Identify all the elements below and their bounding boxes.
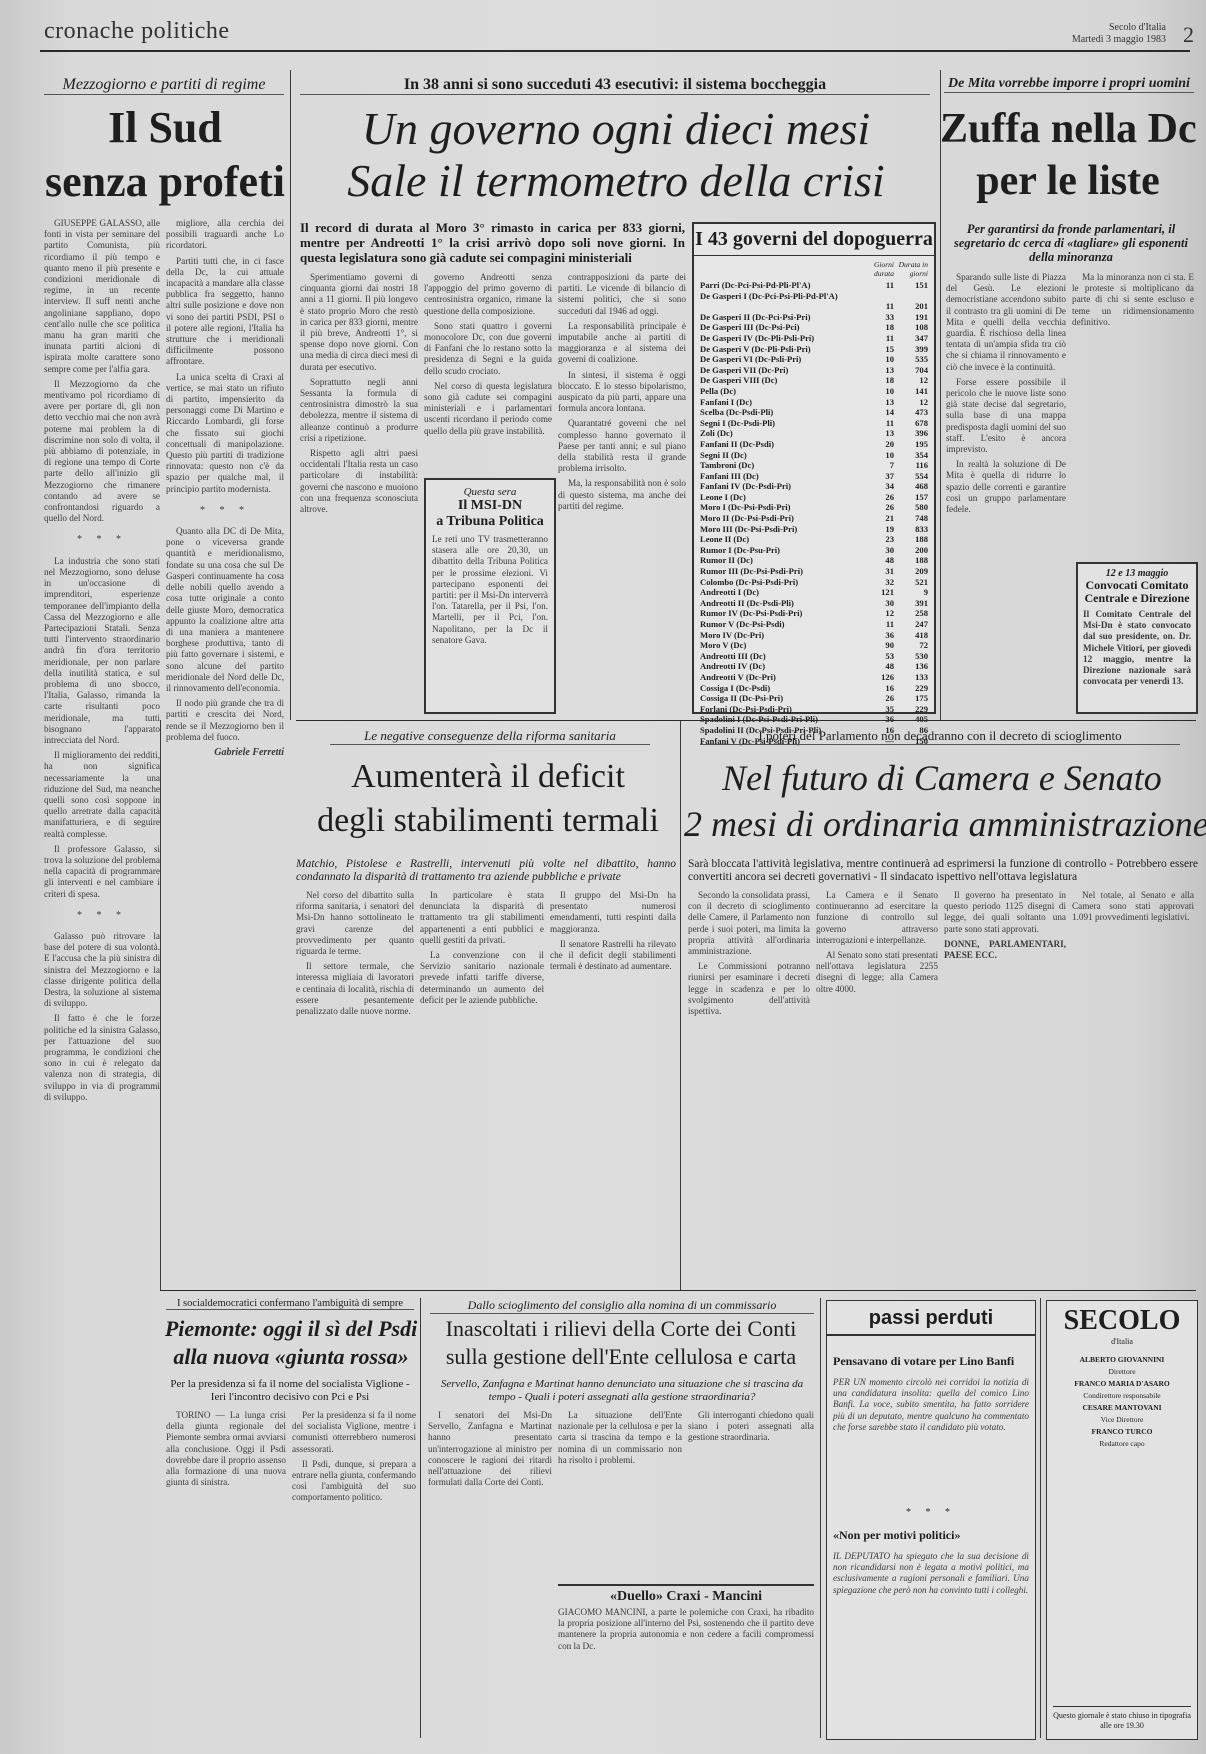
paragraph: Galasso può ritrovare la base del potere…: [44, 931, 160, 1009]
box-duello-body: GIACOMO MANCINI, a parte le polemiche co…: [558, 1605, 814, 1727]
duration-days: 72: [894, 640, 928, 651]
government-name: [700, 301, 860, 312]
duration-days: 247: [894, 619, 928, 630]
table-row: Parri (Dc-Pci-Psi-Pd-Pli-Pl'A)11151: [700, 280, 928, 291]
government-name: Leone I (Dc): [700, 492, 860, 503]
article-sud-body-col2: migliore, alla cerchia dei possibili tra…: [166, 218, 284, 1278]
crisis-days: 26: [860, 492, 894, 503]
duration-days: 151: [894, 280, 928, 291]
article-terme-body-col3: Il gruppo del Msi-Dn ha presentato numer…: [550, 890, 676, 1285]
crisis-days: 10: [860, 354, 894, 365]
paragraph: migliore, alla cerchia dei possibili tra…: [166, 218, 284, 252]
paper-name: Secolo d'Italia: [1072, 22, 1166, 34]
crisis-days: [860, 291, 894, 302]
passi-perduti-heading-1: Pensavano di votare per Lino Banfi: [833, 1354, 1029, 1369]
duration-days: 418: [894, 630, 928, 641]
government-name: Cossiga I (Dc-Psdi): [700, 683, 860, 694]
crisis-days: 7: [860, 460, 894, 471]
government-name: Colombo (Dc-Psi-Psdi-Pri): [700, 577, 860, 588]
crisis-days: 20: [860, 439, 894, 450]
table-row: Moro IV (Dc-Pri)36418: [700, 630, 928, 641]
paragraph: Partiti tutti che, in ci fasce della Dc,…: [166, 256, 284, 368]
paragraph: Soprattutto negli anni Sessanta la formu…: [300, 377, 418, 444]
duration-days: 521: [894, 577, 928, 588]
paragraph: Nel corso di questa legislatura sono già…: [424, 381, 552, 437]
government-name: De Gasperi I (Dc-Pci-Psi-Pli-Pd-Pl'A): [700, 291, 860, 302]
government-name: De Gasperi VII (Dc-Pri): [700, 365, 860, 376]
crisis-days: 31: [860, 566, 894, 577]
infobox-kicker: Questa sera: [426, 486, 554, 498]
article-cellulosa-body-col1: I senatori del Msi-Dn Servello, Zanfagna…: [428, 1410, 552, 1740]
article-piemonte-headline-2: alla nuova «giunta rossa»: [164, 1346, 418, 1368]
table-row: Rumor I (Dc-Psu-Pri)30200: [700, 545, 928, 556]
duration-days: 195: [894, 439, 928, 450]
table-row: Moro I (Dc-Psi-Psdi-Pri)26580: [700, 502, 928, 513]
paragraph: Il Mezzogiorno da che mentivamo pol rico…: [44, 379, 160, 525]
table-row: Forlani (Dc-Psi-Psdi-Pri)35229: [700, 704, 928, 715]
staff-role: Condirettore responsabile: [1047, 1390, 1197, 1402]
paragraph: Sono stati quattro i governi monocolore …: [424, 321, 552, 377]
article-governi-kicker: In 38 anni si sono succeduti 43 esecutiv…: [300, 76, 930, 95]
paragraph: Il settore termale, che interessa miglia…: [296, 961, 414, 1017]
government-name: Tambroni (Dc): [700, 460, 860, 471]
table-row: Moro V (Dc)9072: [700, 640, 928, 651]
article-terme-headline-2: degli stabilimenti termali: [296, 804, 680, 838]
article-governi-body-col3: contrapposizioni da parte dei partiti. L…: [558, 272, 686, 712]
box-body: Il Comitato Centrale del Msi-Dn è stato …: [1078, 605, 1196, 703]
article-piemonte-kicker: I socialdemocratici confermano l'ambigui…: [166, 1298, 414, 1310]
government-name: Fanfani I (Dc): [700, 397, 860, 408]
sidebar-kicker: DONNE, PARLAMENTARI, PAESE ECC.: [944, 939, 1066, 961]
page-number: 2: [1183, 22, 1194, 48]
crisis-days: 16: [860, 683, 894, 694]
duration-days: 136: [894, 661, 928, 672]
paragraph: Quanto alla DC di De Mita, pone o viceve…: [166, 526, 284, 694]
paragraph: Per la presidenza si fa il nome del soci…: [292, 1410, 416, 1455]
section-separator: * * *: [827, 1507, 1035, 1518]
table-row: De Gasperi VII (Dc-Pri)13704: [700, 365, 928, 376]
government-name: Segni I (Dc-Psdi-Pli): [700, 418, 860, 429]
duration-days: 399: [894, 344, 928, 355]
column-divider: [1040, 1298, 1041, 1738]
table-row: Cossiga II (Dc-Psi-Pri)26175: [700, 693, 928, 704]
table-row: Rumor V (Dc-Psi-Psdi)11247: [700, 619, 928, 630]
staff-role: Redattore capo: [1047, 1438, 1197, 1450]
government-name: Rumor V (Dc-Psi-Psdi): [700, 619, 860, 630]
table-row: Andreotti V (Dc-Pri)126133: [700, 672, 928, 683]
crisis-days: 35: [860, 704, 894, 715]
duration-days: 535: [894, 354, 928, 365]
duration-days: 396: [894, 428, 928, 439]
column-header: Giorni durata: [860, 260, 894, 278]
crisis-days: 13: [860, 428, 894, 439]
duration-days: 200: [894, 545, 928, 556]
duration-days: 12: [894, 397, 928, 408]
article-parlamento-body-col2: La Camera e il Senato continueranno ad e…: [816, 890, 938, 1285]
article-cellulosa-body-col2: La situazione dell'Ente nazionale per la…: [558, 1410, 682, 1580]
paragraph: Il miglioramento dei redditi, ha non sig…: [44, 750, 160, 840]
crisis-days: 48: [860, 661, 894, 672]
colophon-footer: Questo giornale è stato chiuso in tipogr…: [1053, 1706, 1191, 1731]
article-zuffa-body-col2: Ma la minoranza non ci sta. E le protest…: [1072, 272, 1194, 558]
table-row: De Gasperi V (Dc-Pli-Psli-Pri)15399: [700, 344, 928, 355]
article-parlamento-body-col1: Secondo la consolidata prassi, con il de…: [688, 890, 810, 1285]
table-row: De Gasperi II (Dc-Pci-Psi-Pri)33191: [700, 312, 928, 323]
newspaper-page: cronache politiche Secolo d'Italia Marte…: [0, 0, 1206, 1754]
crisis-days: 21: [860, 513, 894, 524]
crisis-days: 14: [860, 407, 894, 418]
table-row: Rumor IV (Dc-Psi-Psdi-Pri)12258: [700, 608, 928, 619]
crisis-days: 10: [860, 450, 894, 461]
colophon-staff: ALBERTO GIOVANNINI Direttore FRANCO MARI…: [1047, 1354, 1197, 1450]
crisis-days: 33: [860, 312, 894, 323]
paragraph: La situazione dell'Ente nazionale per la…: [558, 1410, 682, 1466]
article-cellulosa-subhead: Servello, Zanfagna e Martinat hanno denu…: [430, 1378, 814, 1404]
paragraph: GIUSEPPE GALASSO, alle fonti in vista pe…: [44, 218, 160, 375]
table-row: Moro III (Dc-Psi-Psdi-Pri)19833: [700, 524, 928, 535]
duration-days: 209: [894, 566, 928, 577]
paragraph: Sparando sulle liste di Piazza del Gesù.…: [946, 272, 1066, 373]
article-governi-subhead: Il record di durata al Moro 3° rimasto i…: [300, 220, 685, 265]
article-sud-headline-1: Il Sud: [40, 106, 290, 150]
crisis-days: 53: [860, 651, 894, 662]
crisis-days: 11: [860, 333, 894, 344]
column-divider: [680, 720, 681, 1290]
column-divider: [160, 720, 161, 1290]
duration-days: 530: [894, 651, 928, 662]
crisis-days: 26: [860, 693, 894, 704]
column-divider: [820, 1298, 821, 1738]
government-name: Moro IV (Dc-Pri): [700, 630, 860, 641]
government-name: De Gasperi III (Dc-Psi-Pci): [700, 322, 860, 333]
table-row: De Gasperi VIII (Dc)1812: [700, 375, 928, 386]
article-piemonte-body-col1: TORINO — La lunga crisi della giunta reg…: [166, 1410, 286, 1740]
box-convocati: 12 e 13 maggio Convocati Comitato Centra…: [1076, 562, 1198, 714]
duration-days: 116: [894, 460, 928, 471]
table-row: Fanfani II (Dc-Psdi)20195: [700, 439, 928, 450]
government-name: Parri (Dc-Pci-Psi-Pd-Pli-Pl'A): [700, 280, 860, 291]
government-name: De Gasperi VI (Dc-Psli-Pri): [700, 354, 860, 365]
crisis-days: 12: [860, 608, 894, 619]
duration-days: 391: [894, 598, 928, 609]
table-row: Fanfani IV (Dc-Psdi-Pri)34468: [700, 481, 928, 492]
table-row: Pella (Dc)10141: [700, 386, 928, 397]
government-name: De Gasperi VIII (Dc): [700, 375, 860, 386]
crisis-days: 11: [860, 619, 894, 630]
paragraph: Rispetto agli altri paesi occidentali l'…: [300, 448, 418, 515]
paragraph: contrapposizioni da parte dei partiti. L…: [558, 272, 686, 317]
article-terme-body-col1: Nel corso del dibattito sulla riforma sa…: [296, 890, 414, 1285]
article-governi-body-col2: governo Andreotti senza l'appoggio del p…: [424, 272, 552, 472]
paragraph: Al Senato sono stati presentati nell'ott…: [816, 950, 938, 995]
table-row: Colombo (Dc-Psi-Psdi-Pri)32521: [700, 577, 928, 588]
crisis-days: 34: [860, 481, 894, 492]
paragraph: Ma la minoranza non ci sta. E le protest…: [1072, 272, 1194, 328]
article-sud-headline-2: senza profeti: [40, 160, 290, 204]
article-zuffa-subhead: Per garantirsi da fronde parlamentari, i…: [946, 222, 1196, 264]
section-title: cronache politiche: [44, 18, 230, 45]
crisis-days: 23: [860, 534, 894, 545]
article-sud-kicker: Mezzogiorno e partiti di regime: [44, 76, 284, 95]
duration-days: 468: [894, 481, 928, 492]
crisis-days: 26: [860, 502, 894, 513]
article-piemonte-body-col2: Per la presidenza si fa il nome del soci…: [292, 1410, 416, 1740]
article-parlamento-subhead: Sarà bloccata l'attività legislativa, me…: [688, 858, 1198, 884]
table-row: De Gasperi III (Dc-Psi-Pci)18108: [700, 322, 928, 333]
table-row: De Gasperi I (Dc-Pci-Psi-Pli-Pd-Pl'A): [700, 291, 928, 302]
government-name: Fanfani IV (Dc-Psdi-Pri): [700, 481, 860, 492]
colophon-title: SECOLO: [1047, 1305, 1197, 1337]
paragraph: Il nodo più grande che tra di partiti e …: [166, 698, 284, 743]
paragraph: La responsabilità principale è imputabil…: [558, 321, 686, 366]
paragraph: In particolare è stata denunciata la dis…: [420, 890, 544, 946]
paragraph: Il professore Galasso, si trova la soluz…: [44, 844, 160, 900]
table-row: Scelba (Dc-Psdi-Pli)14473: [700, 407, 928, 418]
table-row: Leone II (Dc)23188: [700, 534, 928, 545]
crisis-days: 30: [860, 598, 894, 609]
passi-perduti-body-2: IL DEPUTATO ha spiegato che la sua decis…: [827, 1551, 1035, 1711]
paragraph: Il governo ha presentato in questo perio…: [944, 890, 1066, 935]
paragraph: Gli interroganti chiedono quali siano i …: [688, 1410, 814, 1444]
paragraph: In realtà la soluzione di De Mita è quel…: [946, 459, 1066, 515]
crisis-days: 36: [860, 630, 894, 641]
paragraph: La convenzione con il Servizio sanitario…: [420, 950, 544, 1006]
article-signature: Gabriele Ferretti: [166, 747, 284, 758]
duration-days: 188: [894, 555, 928, 566]
table-body: Parri (Dc-Pci-Psi-Pd-Pli-Pl'A)11151De Ga…: [694, 280, 934, 746]
article-parlamento-headline-1: Nel futuro di Camera e Senato: [684, 760, 1200, 796]
staff-name: CESARE MANTOVANI: [1047, 1402, 1197, 1414]
government-name: Pella (Dc): [700, 386, 860, 397]
paragraph: Il fatto è che le forze politiche ed la …: [44, 1013, 160, 1103]
table-row: Andreotti II (Dc-Psdi-Pli)30391: [700, 598, 928, 609]
paragraph: TORINO — La lunga crisi della giunta reg…: [166, 1410, 286, 1488]
crisis-days: 37: [860, 471, 894, 482]
crisis-days: 48: [860, 555, 894, 566]
paragraph: In sintesi, il sistema è oggi bloccato. …: [558, 370, 686, 415]
duration-days: 108: [894, 322, 928, 333]
issue-date: Martedì 3 maggio 1983: [1072, 34, 1166, 46]
government-name: Rumor III (Dc-Psi-Psdi-Pri): [700, 566, 860, 577]
section-separator: * * *: [166, 505, 284, 516]
government-name: Andreotti IV (Dc): [700, 661, 860, 672]
article-governi-headline-2: Sale il termometro della crisi: [296, 158, 936, 204]
government-name: Forlani (Dc-Psi-Psdi-Pri): [700, 704, 860, 715]
government-name: Moro II (Dc-Psi-Psdi-Pri): [700, 513, 860, 524]
table-row: Andreotti I (Dc)1219: [700, 587, 928, 598]
dateline: Secolo d'Italia Martedì 3 maggio 1983: [1072, 22, 1166, 46]
duration-days: [894, 291, 928, 302]
crisis-days: 18: [860, 375, 894, 386]
table-governi: I 43 governi del dopoguerra Giorni durat…: [692, 222, 936, 714]
column-header: Durata in giorni: [894, 260, 928, 278]
article-parlamento-body-col3: Il governo ha presentato in questo perio…: [944, 890, 1066, 1285]
crisis-days: 19: [860, 524, 894, 535]
article-cellulosa-headline-1: Inascoltati i rilievi della Corte dei Co…: [424, 1318, 818, 1340]
crisis-days: 30: [860, 545, 894, 556]
government-name: Moro V (Dc): [700, 640, 860, 651]
paragraph: Il gruppo del Msi-Dn ha presentato numer…: [550, 890, 676, 935]
government-name: Andreotti III (Dc): [700, 651, 860, 662]
box-duello: «Duello» Craxi - Mancini GIACOMO MANCINI…: [558, 1584, 814, 1740]
duration-days: 157: [894, 492, 928, 503]
government-name: Zoli (Dc): [700, 428, 860, 439]
table-row: Segni II (Dc)10354: [700, 450, 928, 461]
table-row: Cossiga I (Dc-Psdi)16229: [700, 683, 928, 694]
government-name: De Gasperi V (Dc-Pli-Psli-Pri): [700, 344, 860, 355]
paragraph: Il Psdi, dunque, si prepara a entrare ne…: [292, 1459, 416, 1504]
crisis-days: 90: [860, 640, 894, 651]
government-name: De Gasperi IV (Dc-Pli-Psli-Pri): [700, 333, 860, 344]
duration-days: 201: [894, 301, 928, 312]
duration-days: 191: [894, 312, 928, 323]
duration-days: 188: [894, 534, 928, 545]
passi-perduti-heading-2: «Non per motivi politici»: [833, 1528, 1029, 1543]
article-zuffa-headline-2: per le liste: [940, 160, 1196, 202]
paragraph: Sperimentiamo governi di cinquanta giorn…: [300, 272, 418, 373]
duration-days: 133: [894, 672, 928, 683]
duration-days: 347: [894, 333, 928, 344]
infobox-body: Le reti uno TV trasmetteranno stasera al…: [426, 530, 554, 698]
government-name: Cossiga II (Dc-Psi-Pri): [700, 693, 860, 704]
table-row: De Gasperi VI (Dc-Psli-Pri)10535: [700, 354, 928, 365]
article-piemonte-headline-1: Piemonte: oggi il sì del Psdi: [164, 1318, 418, 1340]
article-cellulosa-headline-2: sulla gestione dell'Ente cellulosa e car…: [424, 1346, 818, 1368]
duration-days: 473: [894, 407, 928, 418]
table-row: Leone I (Dc)26157: [700, 492, 928, 503]
duration-days: 748: [894, 513, 928, 524]
article-parlamento-kicker: I poteri del Parlamento non decadranno c…: [700, 728, 1180, 745]
article-zuffa-headline-1: Zuffa nella Dc: [940, 108, 1196, 150]
article-zuffa-body-col1: Sparando sulle liste di Piazza del Gesù.…: [946, 272, 1066, 712]
paragraph: Nel totale, al Senato e alla Camera sono…: [1072, 890, 1194, 924]
crisis-days: 13: [860, 365, 894, 376]
column-divider: [420, 1298, 421, 1738]
article-parlamento-body-col4: Nel totale, al Senato e alla Camera sono…: [1072, 890, 1194, 1285]
crisis-days: 11: [860, 418, 894, 429]
article-piemonte-subhead: Per la presidenza si fa il nome del soci…: [166, 1378, 414, 1404]
passi-perduti-box: passi perduti Pensavano di votare per Li…: [826, 1300, 1036, 1740]
infobox-tribuna-politica: Questa sera Il MSI-DN a Tribuna Politica…: [424, 478, 556, 714]
paragraph: governo Andreotti senza l'appoggio del p…: [424, 272, 552, 317]
paragraph: La Camera e il Senato continueranno ad e…: [816, 890, 938, 946]
duration-days: 12: [894, 375, 928, 386]
government-name: Fanfani II (Dc-Psdi): [700, 439, 860, 450]
colophon-box: SECOLO d'Italia ALBERTO GIOVANNINI Diret…: [1046, 1300, 1198, 1740]
paragraph: Il senatore Rastrelli ha rilevato che il…: [550, 939, 676, 973]
article-cellulosa-body-col3: Gli interroganti chiedono quali siano i …: [688, 1410, 814, 1580]
box-title: Convocati Comitato Centrale e Direzione: [1078, 579, 1196, 605]
crisis-days: 18: [860, 322, 894, 333]
crisis-days: 32: [860, 577, 894, 588]
article-governi-headline-1: Un governo ogni dieci mesi: [296, 106, 936, 152]
section-rule: [160, 1290, 1196, 1291]
government-name: Rumor IV (Dc-Psi-Psdi-Pri): [700, 608, 860, 619]
passi-perduti-body-1: PER UN momento circolò nei corridoi la n…: [827, 1377, 1035, 1497]
government-name: Segni II (Dc): [700, 450, 860, 461]
table-row: Zoli (Dc)13396: [700, 428, 928, 439]
duration-days: 704: [894, 365, 928, 376]
staff-name: ALBERTO GIOVANNINI: [1047, 1354, 1197, 1366]
article-zuffa-kicker: De Mita vorrebbe imporre i propri uomini: [944, 76, 1194, 93]
article-terme-headline-1: Aumenterà il deficit: [296, 760, 680, 794]
crisis-days: 11: [860, 301, 894, 312]
table-row: Tambroni (Dc)7116: [700, 460, 928, 471]
table-row: Fanfani I (Dc)1312: [700, 397, 928, 408]
government-name: Rumor I (Dc-Psu-Pri): [700, 545, 860, 556]
table-title: I 43 governi del dopoguerra: [694, 224, 934, 256]
infobox-title-1: Il MSI-DN: [426, 498, 554, 514]
staff-role: Direttore: [1047, 1366, 1197, 1378]
table-row: Segni I (Dc-Psdi-Pli)11678: [700, 418, 928, 429]
staff-name: FRANCO TURCO: [1047, 1426, 1197, 1438]
table-header: Giorni durata Durata in giorni: [694, 256, 934, 280]
paragraph: Nel corso del dibattito sulla riforma sa…: [296, 890, 414, 957]
box-duello-title: «Duello» Craxi - Mancini: [558, 1589, 814, 1605]
government-name: Andreotti V (Dc-Pri): [700, 672, 860, 683]
paragraph: Le Commissioni potranno riunirsi per esa…: [688, 961, 810, 1017]
duration-days: 229: [894, 683, 928, 694]
paragraph: Forse essere possibile il pericolo che l…: [946, 377, 1066, 455]
infobox-title-2: a Tribuna Politica: [426, 514, 554, 530]
duration-days: 141: [894, 386, 928, 397]
article-sud-body-col1: GIUSEPPE GALASSO, alle fonti in vista pe…: [44, 218, 160, 1278]
article-cellulosa-kicker: Dallo scioglimento del consiglio alla no…: [430, 1298, 814, 1314]
paragraph: La industria che sono stati nel Mezzogio…: [44, 556, 160, 746]
government-name: Leone II (Dc): [700, 534, 860, 545]
crisis-days: 10: [860, 386, 894, 397]
table-row: Andreotti IV (Dc)48136: [700, 661, 928, 672]
crisis-days: 15: [860, 344, 894, 355]
masthead-rule: [40, 50, 1190, 52]
passi-perduti-title: passi perduti: [827, 1307, 1035, 1336]
article-terme-kicker: Le negative conseguenze della riforma sa…: [330, 728, 650, 745]
table-row: 11201: [700, 301, 928, 312]
duration-days: 580: [894, 502, 928, 513]
paragraph: I senatori del Msi-Dn Servello, Zanfagna…: [428, 1410, 552, 1488]
staff-name: FRANCO MARIA D'ASARO: [1047, 1378, 1197, 1390]
duration-days: 9: [894, 587, 928, 598]
table-row: Moro II (Dc-Psi-Psdi-Pri)21748: [700, 513, 928, 524]
table-row: Rumor III (Dc-Psi-Psdi-Pri)31209: [700, 566, 928, 577]
government-name: Andreotti II (Dc-Psdi-Pli): [700, 598, 860, 609]
government-name: Moro I (Dc-Psi-Psdi-Pri): [700, 502, 860, 513]
article-governi-body-col1: Sperimentiamo governi di cinquanta giorn…: [300, 272, 418, 712]
table-row: Fanfani III (Dc)37554: [700, 471, 928, 482]
section-separator: * * *: [44, 534, 160, 545]
government-name: Andreotti I (Dc): [700, 587, 860, 598]
duration-days: 833: [894, 524, 928, 535]
duration-days: 554: [894, 471, 928, 482]
crisis-days: 121: [860, 587, 894, 598]
paragraph: Ma, la responsabilità non è solo di ques…: [558, 478, 686, 512]
staff-role: Vice Direttore: [1047, 1414, 1197, 1426]
article-terme-body-col2: In particolare è stata denunciata la dis…: [420, 890, 544, 1285]
duration-days: 678: [894, 418, 928, 429]
column-divider: [290, 70, 291, 720]
crisis-days: 126: [860, 672, 894, 683]
article-terme-subhead: Matchio, Pistolese e Rastrelli, interven…: [296, 858, 676, 884]
duration-days: 258: [894, 608, 928, 619]
duration-days: 229: [894, 704, 928, 715]
government-name: Moro III (Dc-Psi-Psdi-Pri): [700, 524, 860, 535]
section-rule: [296, 720, 1196, 721]
table-row: Rumor II (Dc)48188: [700, 555, 928, 566]
crisis-days: 13: [860, 397, 894, 408]
article-parlamento-headline-2: 2 mesi di ordinaria amministrazione: [684, 806, 1200, 842]
crisis-days: 11: [860, 280, 894, 291]
colophon-subtitle: d'Italia: [1047, 1337, 1197, 1346]
